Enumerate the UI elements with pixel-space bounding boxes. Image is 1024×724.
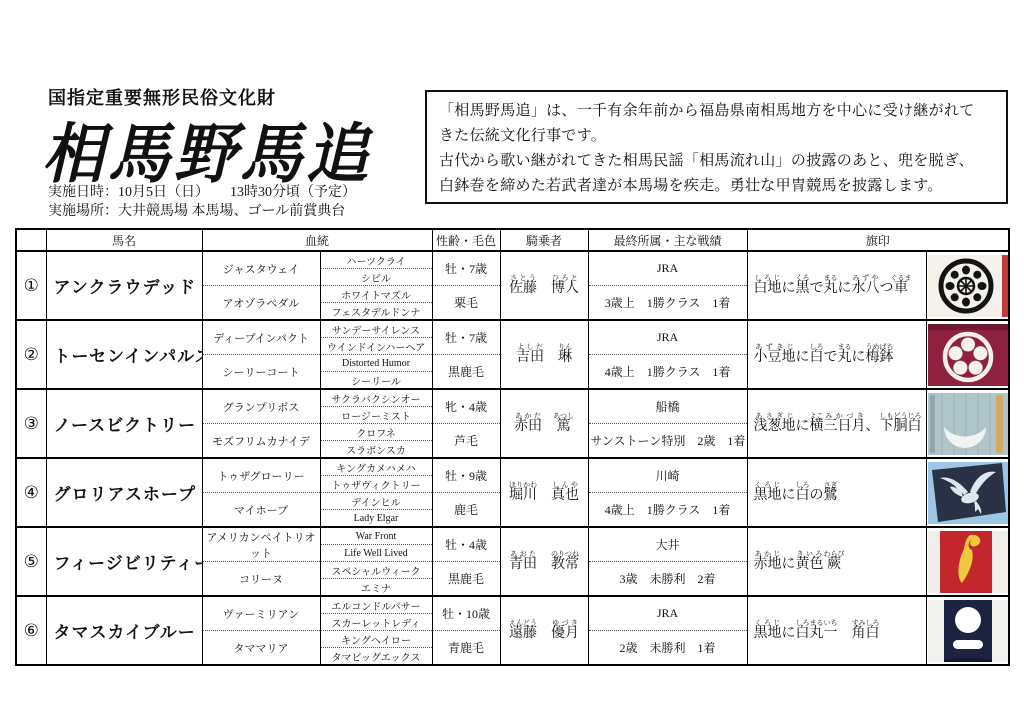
grandparent-name: キングヘイロー [320, 631, 432, 648]
flag-photo-umebachi [926, 320, 1009, 389]
col-header-jockey: 騎乗者 [500, 229, 588, 251]
col-header-name: 馬名 [46, 229, 202, 251]
race-record: 3歳 未勝利 2着 [588, 562, 747, 597]
flag-photo-mikazuki [926, 389, 1009, 458]
sex-age: 牡・4歳 [432, 527, 500, 562]
grandparent-name: ロージーミスト [320, 407, 432, 424]
coat-color: 栗毛 [432, 286, 500, 321]
flag-photo-mizu-yatsu-guruma [926, 251, 1009, 320]
col-header-sexcoat: 性齢・毛色 [432, 229, 500, 251]
grandparent-name: シーリール [320, 372, 432, 390]
horse-number: ④ [16, 458, 46, 527]
jockey-name: 赤田あかだ 篤あつし [500, 389, 588, 458]
dam-name: タママリア [202, 631, 320, 666]
grandparent-name: Life Well Lived [320, 545, 432, 562]
sex-age: 牡・9歳 [432, 458, 500, 493]
horse-number: ⑥ [16, 596, 46, 665]
table-row: ⑥ タマスカイブルー ヴァーミリアン エルコンドルパサー 牡・10歳 遠藤えんど… [16, 596, 1009, 614]
grandparent-name: スカーレットレディ [320, 614, 432, 631]
flag-description: 白地しろじに黒くろで丸まるに水八みずやつ車ぐるま [747, 251, 926, 320]
event-date-line: 実施日時：10月5日（日） 13時30分頃（予定） [48, 183, 356, 202]
dam-name: モズフリムカナイデ [202, 424, 320, 459]
horse-name: トーセンインパルス [46, 320, 202, 389]
race-record: 3歳上 1勝クラス 1着 [588, 286, 747, 321]
horse-number: ① [16, 251, 46, 320]
jockey-name: 遠藤えんどう 優月ゆづき [500, 596, 588, 665]
coat-color: 黒鹿毛 [432, 355, 500, 390]
horse-name: グロリアスホープ [46, 458, 202, 527]
table-row: ② トーセンインパルス ディープインパクト サンデーサイレンス 牡・7歳 吉田よ… [16, 320, 1009, 338]
sire-name: トゥザグローリー [202, 458, 320, 493]
description-line: きた伝統文化行事です。 [439, 124, 994, 149]
col-header-flag: 旗印 [747, 229, 1009, 251]
sire-name: グランプリボス [202, 389, 320, 424]
grandparent-name: トゥザヴィクトリー [320, 476, 432, 493]
sex-age: 牡・7歳 [432, 320, 500, 355]
affiliation: 船橋 [588, 389, 747, 424]
flag-description: 浅葱地あさぎじに横よこ三日月みかづき、下胴白しもどうじろ [747, 389, 926, 458]
grandparent-name: ウインドインハーヘア [320, 338, 432, 355]
affiliation: JRA [588, 251, 747, 286]
affiliation: 大井 [588, 527, 747, 562]
grandparent-name: サンデーサイレンス [320, 320, 432, 338]
race-record: 4歳上 1勝クラス 1着 [588, 493, 747, 528]
grandparent-name: フェスタデルドンナ [320, 303, 432, 321]
dam-name: シーリーコート [202, 355, 320, 390]
affiliation: 川崎 [588, 458, 747, 493]
horse-name: アンクラウデッド [46, 251, 202, 320]
flag-photo-warabi [926, 527, 1009, 596]
sex-age: 牡・10歳 [432, 596, 500, 631]
table-header-row: 馬名 血統 性齢・毛色 騎乗者 最終所属・主な戦績 旗印 [16, 229, 1009, 251]
race-record: 4歳上 1勝クラス 1着 [588, 355, 747, 390]
grandparent-name: サクラバクシンオー [320, 389, 432, 407]
grandparent-name: Distorted Humor [320, 355, 432, 372]
flag-description: 小豆地あずきじに白しろで丸まるに梅鉢うめばち [747, 320, 926, 389]
jockey-name: 堀川ほりかわ 真也しんや [500, 458, 588, 527]
description-line: 「相馬野馬追」は、一千有余年前から福島県南相馬地方を中心に受け継がれて [439, 99, 994, 124]
flag-photo-sagi [926, 458, 1009, 527]
grandparent-name: クロフネ [320, 424, 432, 441]
sire-name: アメリカンペイトリオット [202, 527, 320, 562]
coat-color: 芦毛 [432, 424, 500, 459]
sex-age: 牝・4歳 [432, 389, 500, 424]
horse-table: 馬名 血統 性齢・毛色 騎乗者 最終所属・主な戦績 旗印 ① アンクラウデッド … [15, 228, 1010, 666]
dam-name: アオゾラペダル [202, 286, 320, 321]
grandparent-name: ハーツクライ [320, 251, 432, 269]
grandparent-name: エルコンドルパサー [320, 596, 432, 614]
table-row: ① アンクラウデッド ジャスタウェイ ハーツクライ 牡・7歳 佐藤さとう 博人ひ… [16, 251, 1009, 269]
grandparent-name: キングカメハメハ [320, 458, 432, 476]
grandparent-name: デインヒル [320, 493, 432, 510]
sex-age: 牡・7歳 [432, 251, 500, 286]
grandparent-name: シビル [320, 269, 432, 286]
event-title-calligraphy: 相馬野馬追 [42, 102, 422, 195]
event-place-line: 実施場所：大井競馬場 本馬場、ゴール前賞典台 [48, 202, 356, 221]
flag-photo-maruichi [926, 596, 1009, 665]
coat-color: 鹿毛 [432, 493, 500, 528]
table-row: ③ ノースビクトリー グランプリボス サクラバクシンオー 牝・4歳 赤田あかだ … [16, 389, 1009, 407]
grandparent-name: War Front [320, 527, 432, 545]
sire-name: ディープインパクト [202, 320, 320, 355]
horse-number: ② [16, 320, 46, 389]
table-row: ⑤ フィージビリティー アメリカンペイトリオット War Front 牡・4歳 … [16, 527, 1009, 545]
dam-name: マイホープ [202, 493, 320, 528]
jockey-name: 吉田よしだ 琳りん [500, 320, 588, 389]
grandparent-name: ホワイトマズル [320, 286, 432, 303]
horse-name: タマスカイブルー [46, 596, 202, 665]
race-record: 2歳 未勝利 1着 [588, 631, 747, 666]
sire-name: ジャスタウェイ [202, 251, 320, 286]
horse-name: ノースビクトリー [46, 389, 202, 458]
col-header-blood: 血統 [202, 229, 432, 251]
table-row: ④ グロリアスホープ トゥザグローリー キングカメハメハ 牡・9歳 堀川ほりかわ… [16, 458, 1009, 476]
flag-description: 黒地くろじに白丸一しろまるいち 角白すみしろ [747, 596, 926, 665]
grandparent-name: スラボンスカ [320, 441, 432, 459]
affiliation: JRA [588, 596, 747, 631]
col-header-number [16, 229, 46, 251]
sire-name: ヴァーミリアン [202, 596, 320, 631]
coat-color: 黒鹿毛 [432, 562, 500, 597]
event-description-box: 「相馬野馬追」は、一千有余年前から福島県南相馬地方を中心に受け継がれて きた伝統… [425, 90, 1008, 204]
race-record: サンストーン特別 2歳 1着 [588, 424, 747, 459]
jockey-name: 佐藤さとう 博人ひろと [500, 251, 588, 320]
event-meta: 実施日時：10月5日（日） 13時30分頃（予定） 実施場所：大井競馬場 本馬場… [48, 183, 356, 221]
grandparent-name: スペシャルウィーク [320, 562, 432, 579]
description-line: 白鉢巻を締めた若武者達が本馬場を疾走。勇壮な甲冑競馬を披露します。 [439, 174, 994, 199]
document-page: 国指定重要無形民俗文化財 相馬野馬追 実施日時：10月5日（日） 13時30分頃… [0, 0, 1024, 724]
horse-number: ③ [16, 389, 46, 458]
jockey-name: 青田あおた 教常のりつね [500, 527, 588, 596]
dam-name: コリーヌ [202, 562, 320, 597]
affiliation: JRA [588, 320, 747, 355]
flag-description: 赤地あかじに黄色きいろ蕨わらび [747, 527, 926, 596]
grandparent-name: タマビッグエックス [320, 648, 432, 666]
horse-name: フィージビリティー [46, 527, 202, 596]
horse-number: ⑤ [16, 527, 46, 596]
description-line: 古代から歌い継がれてきた相馬民謡「相馬流れ山」の披露のあと、兜を脱ぎ、 [439, 149, 994, 174]
grandparent-name: Lady Elgar [320, 510, 432, 528]
flag-description: 黒地くろじに白しろの鷺さぎ [747, 458, 926, 527]
col-header-record: 最終所属・主な戦績 [588, 229, 747, 251]
grandparent-name: エミナ [320, 579, 432, 597]
coat-color: 青鹿毛 [432, 631, 500, 666]
